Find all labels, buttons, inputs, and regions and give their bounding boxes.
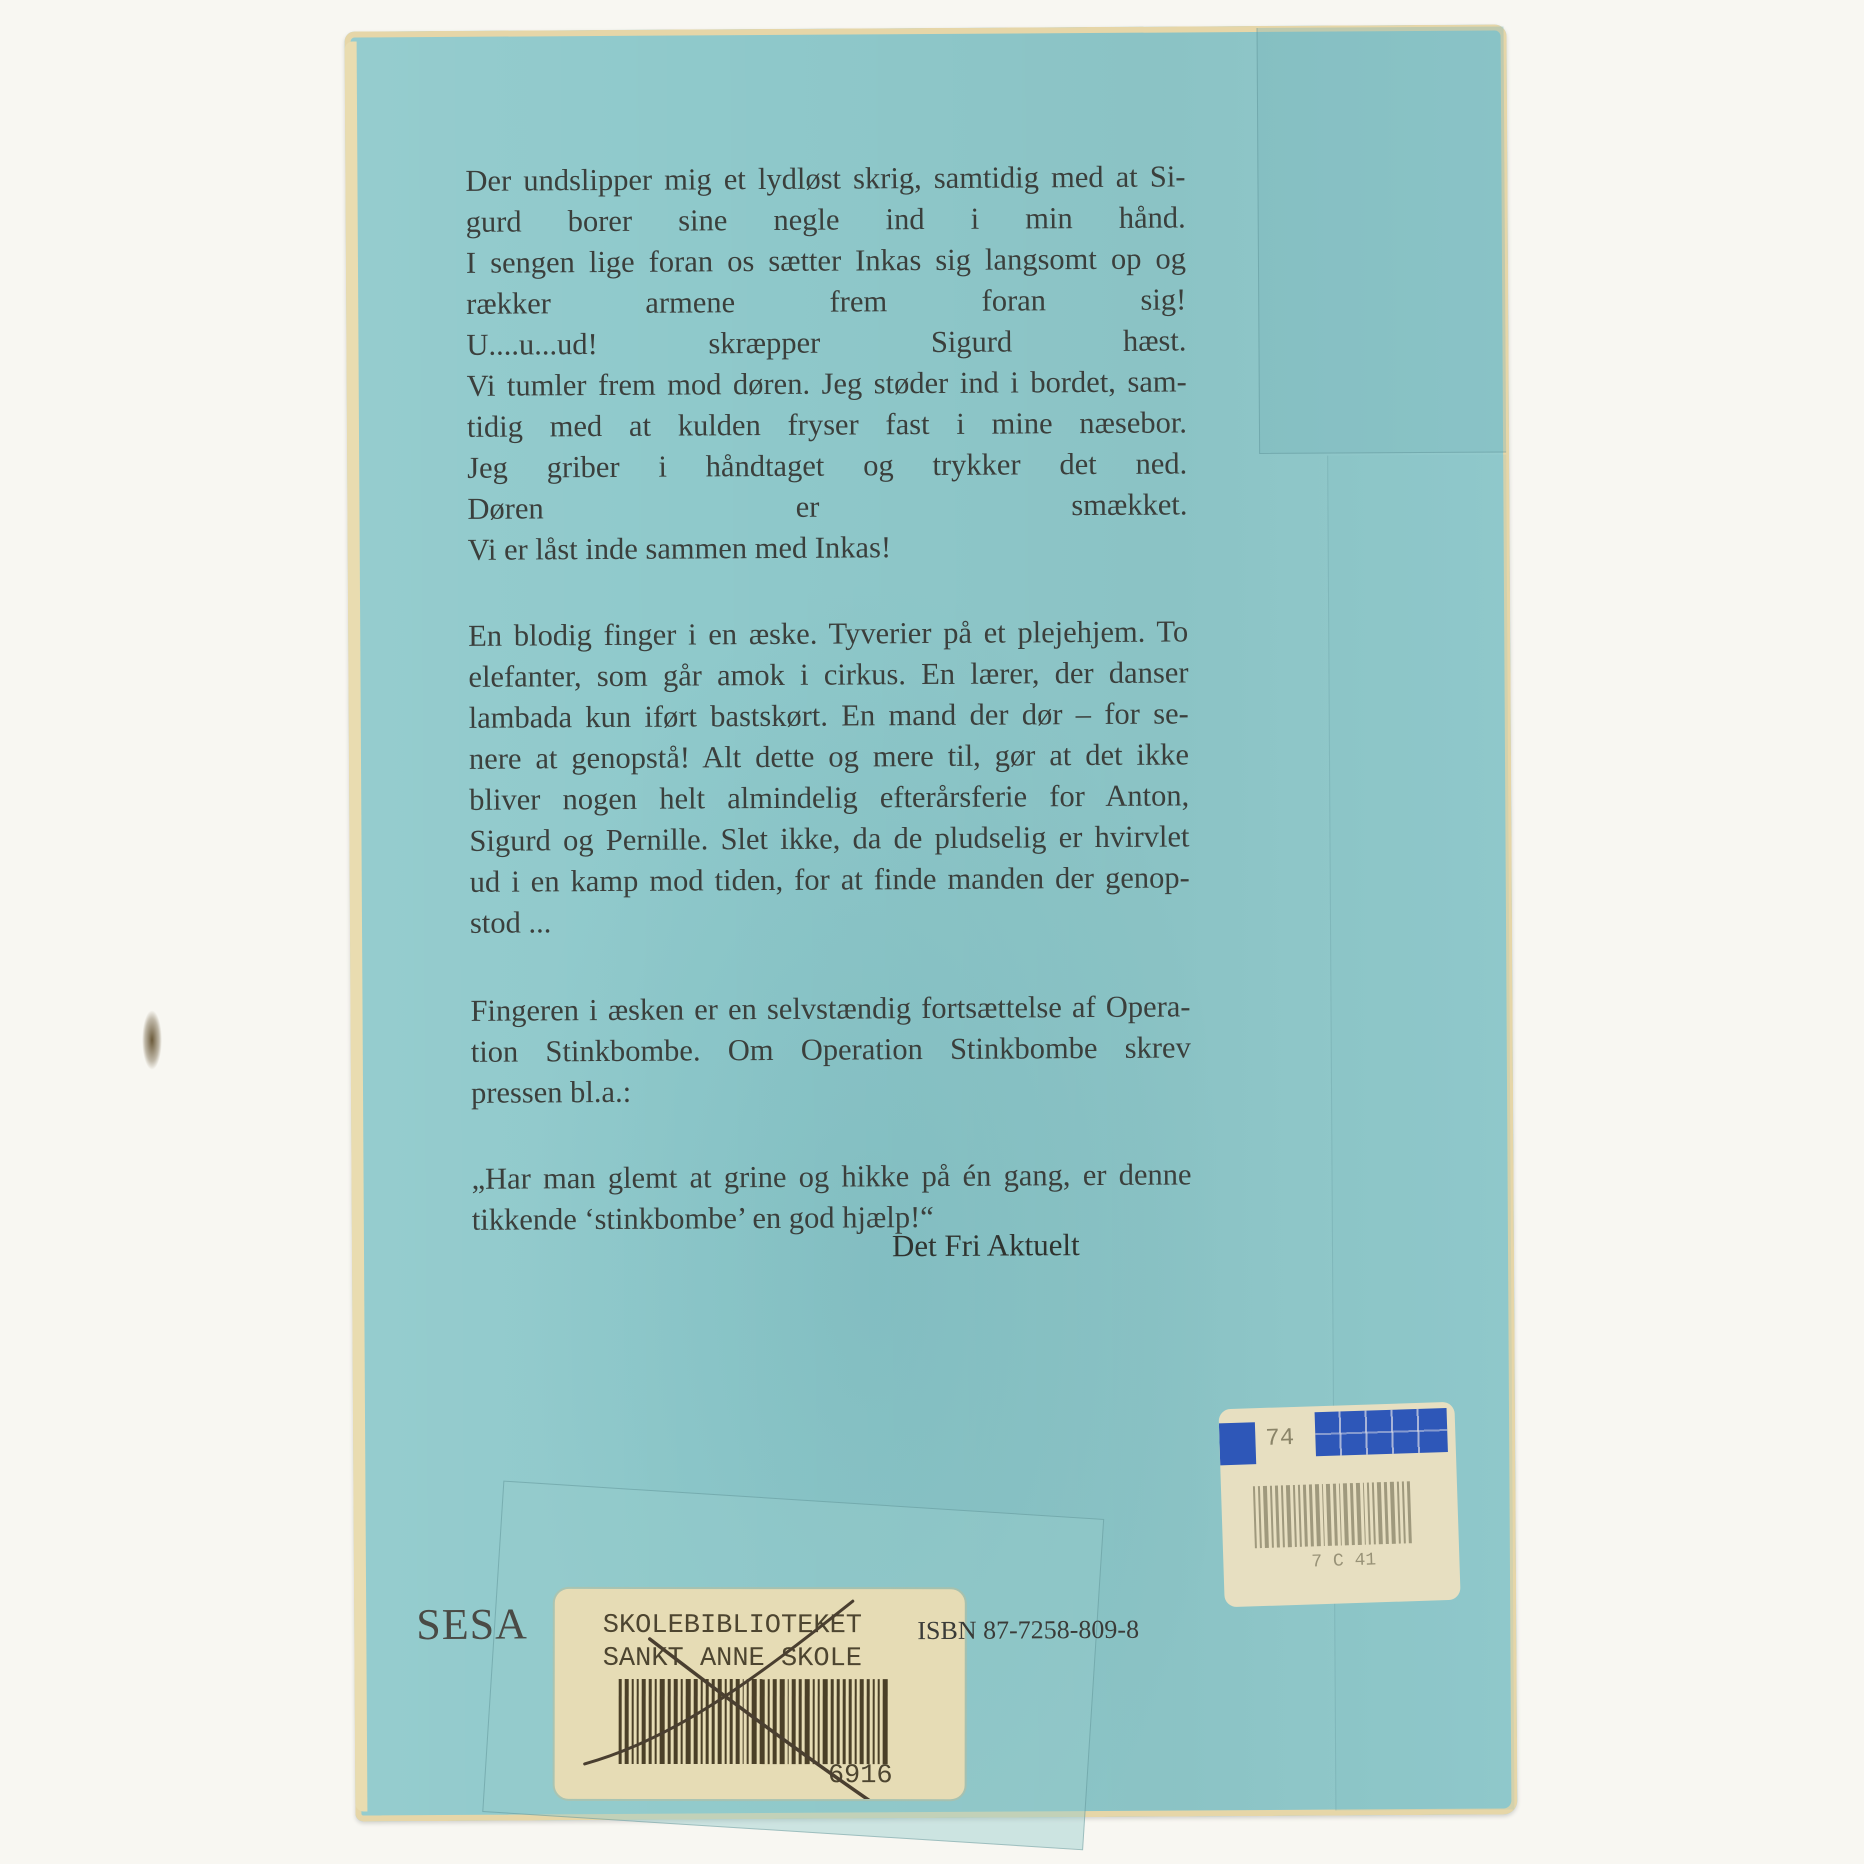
text-line: Fingeren i æsken er en selvstændig forts…	[470, 986, 1190, 1031]
text-line: En blodig finger i en æske. Tyverier på …	[468, 611, 1188, 656]
text-line: bliver nogen helt almindelig efterårsfer…	[469, 775, 1189, 820]
text-line: Jeg griber i håndtaget og trykker det ne…	[467, 443, 1187, 488]
barcode-icon	[619, 1679, 891, 1764]
faded-barcode-icon	[1253, 1481, 1415, 1548]
label-color-grid	[1315, 1408, 1448, 1456]
text-line: Der undslipper mig et lydløst skrig, sam…	[465, 156, 1185, 201]
label-color-stripe	[1219, 1422, 1256, 1465]
text-line: Vi tumler frem mod døren. Jeg støder ind…	[467, 361, 1187, 406]
excerpt-paragraph: Der undslipper mig et lydløst skrig, sam…	[465, 156, 1187, 570]
library-barcode-label: SKOLEBIBLIOTEKET SANKT ANNE SKOLE 6916	[555, 1589, 965, 1799]
text-line: lambada kun iført bastskørt. En mand der…	[469, 693, 1189, 738]
sequel-note-paragraph: Fingeren i æsken er en selvstændig forts…	[470, 986, 1191, 1113]
text-line: ud i en kamp mod tiden, for at finde man…	[470, 857, 1190, 902]
tape-strip-right	[1327, 454, 1514, 1810]
text-line: tidig med at kulden fryser fast i mine n…	[467, 402, 1187, 447]
text-line: stod ...	[470, 898, 1190, 943]
text-line: Døren er smækket.	[467, 484, 1187, 529]
text-line: tion Stinkbombe. Om Operation Stinkbombe…	[471, 1027, 1191, 1072]
old-label-code: 74	[1265, 1425, 1295, 1453]
school-name: SANKT ANNE SKOLE	[603, 1644, 862, 1674]
background-smudge	[142, 1010, 162, 1070]
tape-strip-top-right	[1257, 26, 1507, 454]
quote-attribution: Det Fri Aktuelt	[892, 1227, 1080, 1264]
publisher-logo: SESA	[416, 1598, 528, 1650]
text-line: „Har man glemt at grine og hikke på én g…	[471, 1154, 1191, 1199]
text-line: Vi er låst inde sammen med Inkas!	[468, 525, 1188, 570]
old-barcode-label: 74 7 C 41	[1218, 1402, 1460, 1608]
text-line: U....u...ud! skræpper Sigurd hæst.	[466, 320, 1186, 365]
text-line: Sigurd og Pernille. Slet ikke, da de plu…	[469, 816, 1189, 861]
photo-background: Der undslipper mig et lydløst skrig, sam…	[0, 0, 1864, 1864]
old-label-number: 7 C 41	[1311, 1550, 1376, 1572]
text-line: I sengen lige foran os sætter Inkas sig …	[466, 238, 1186, 283]
blurb-paragraph: En blodig finger i en æske. Tyverier på …	[468, 611, 1190, 943]
text-line: tikkende ‘stinkbombe’ en god hjælp!“	[472, 1195, 1192, 1240]
text-line: elefanter, som går amok i cirkus. En lær…	[468, 652, 1188, 697]
isbn-number: ISBN 87-7258-809-8	[917, 1615, 1139, 1646]
text-line: rækker armene frem foran sig!	[466, 279, 1186, 324]
text-line: nere at genopstå! Alt dette og mere til,…	[469, 734, 1189, 779]
press-quote: „Har man glemt at grine og hikke på én g…	[471, 1154, 1191, 1240]
library-item-number: 6916	[828, 1761, 893, 1791]
book-back-cover: Der undslipper mig et lydløst skrig, sam…	[345, 24, 1518, 1821]
library-name: SKOLEBIBLIOTEKET	[603, 1611, 862, 1641]
text-line: pressen bl.a.:	[471, 1068, 1191, 1113]
text-line: gurd borer sine negle ind i min hånd.	[466, 197, 1186, 242]
